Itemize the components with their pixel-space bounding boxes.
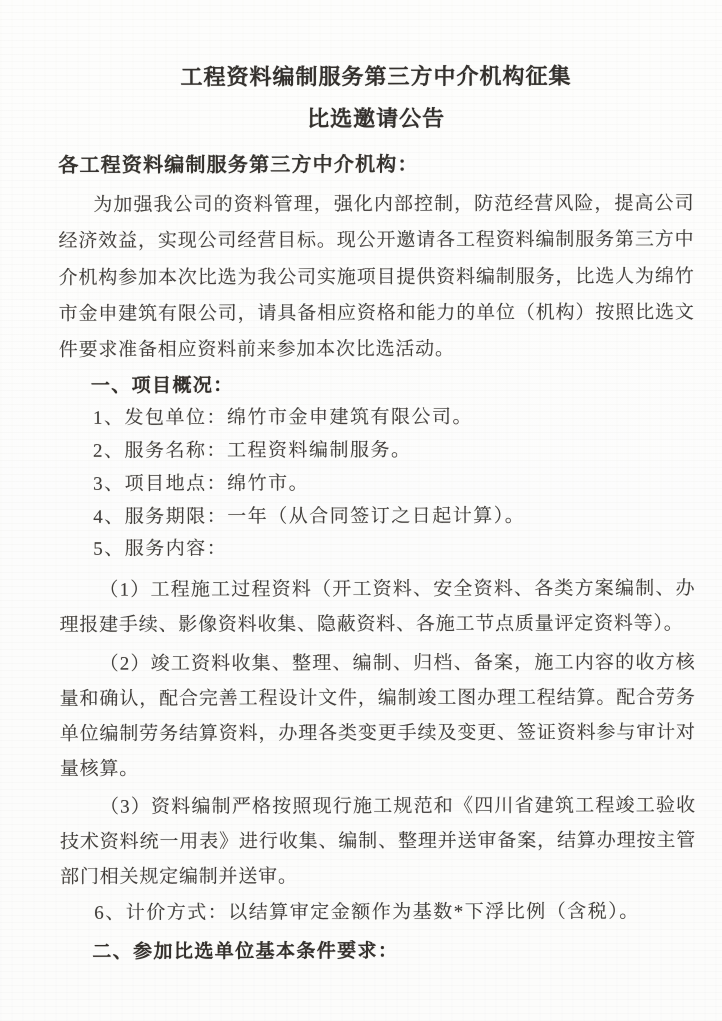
overview-item-4: 4、服务期限：一年（从合同签订之日起计算）。 xyxy=(59,500,695,534)
section-1-heading: 一、项目概况： xyxy=(59,369,695,404)
document-content: 工程资料编制服务第三方中介机构征集 比选邀请公告 各工程资料编制服务第三方中介机… xyxy=(58,61,696,968)
overview-item-1: 1、发包单位：绵竹市金申建筑有限公司。 xyxy=(59,402,695,436)
overview-item-3: 3、项目地点：绵竹市。 xyxy=(59,467,695,501)
overview-item-5: 5、服务内容： xyxy=(59,532,695,566)
page-number: 1 xyxy=(0,938,713,952)
service-detail-1: （1）工程施工过程资料（开工资料、安全资料、各类方案编制、办理报建手续、影像资料… xyxy=(59,571,695,643)
salutation-line: 各工程资料编制服务第三方中介机构： xyxy=(58,149,694,181)
intro-paragraph: 为加强我公司的资料管理，强化内部控制，防范经营风险，提高公司经济效益，实现公司经… xyxy=(58,186,694,369)
document-title-line2: 比选邀请公告 xyxy=(58,103,694,135)
service-detail-2: （2）竣工资料收集、整理、编制、归档、备案，施工内容的收方核量和确认，配合完善工… xyxy=(60,645,696,787)
document-title-line1: 工程资料编制服务第三方中介机构征集 xyxy=(58,61,694,93)
scanned-document-page: 工程资料编制服务第三方中介机构征集 比选邀请公告 各工程资料编制服务第三方中介机… xyxy=(0,0,722,1021)
service-detail-3: （3）资料编制严格按照现行施工规范和《四川省建筑工程竣工验收技术资料统一用表》进… xyxy=(60,788,696,895)
overview-item-6: 6、计价方式：以结算审定金额作为基数*下浮比例（含税）。 xyxy=(60,896,696,930)
overview-item-2: 2、服务名称：工程资料编制服务。 xyxy=(59,434,695,468)
